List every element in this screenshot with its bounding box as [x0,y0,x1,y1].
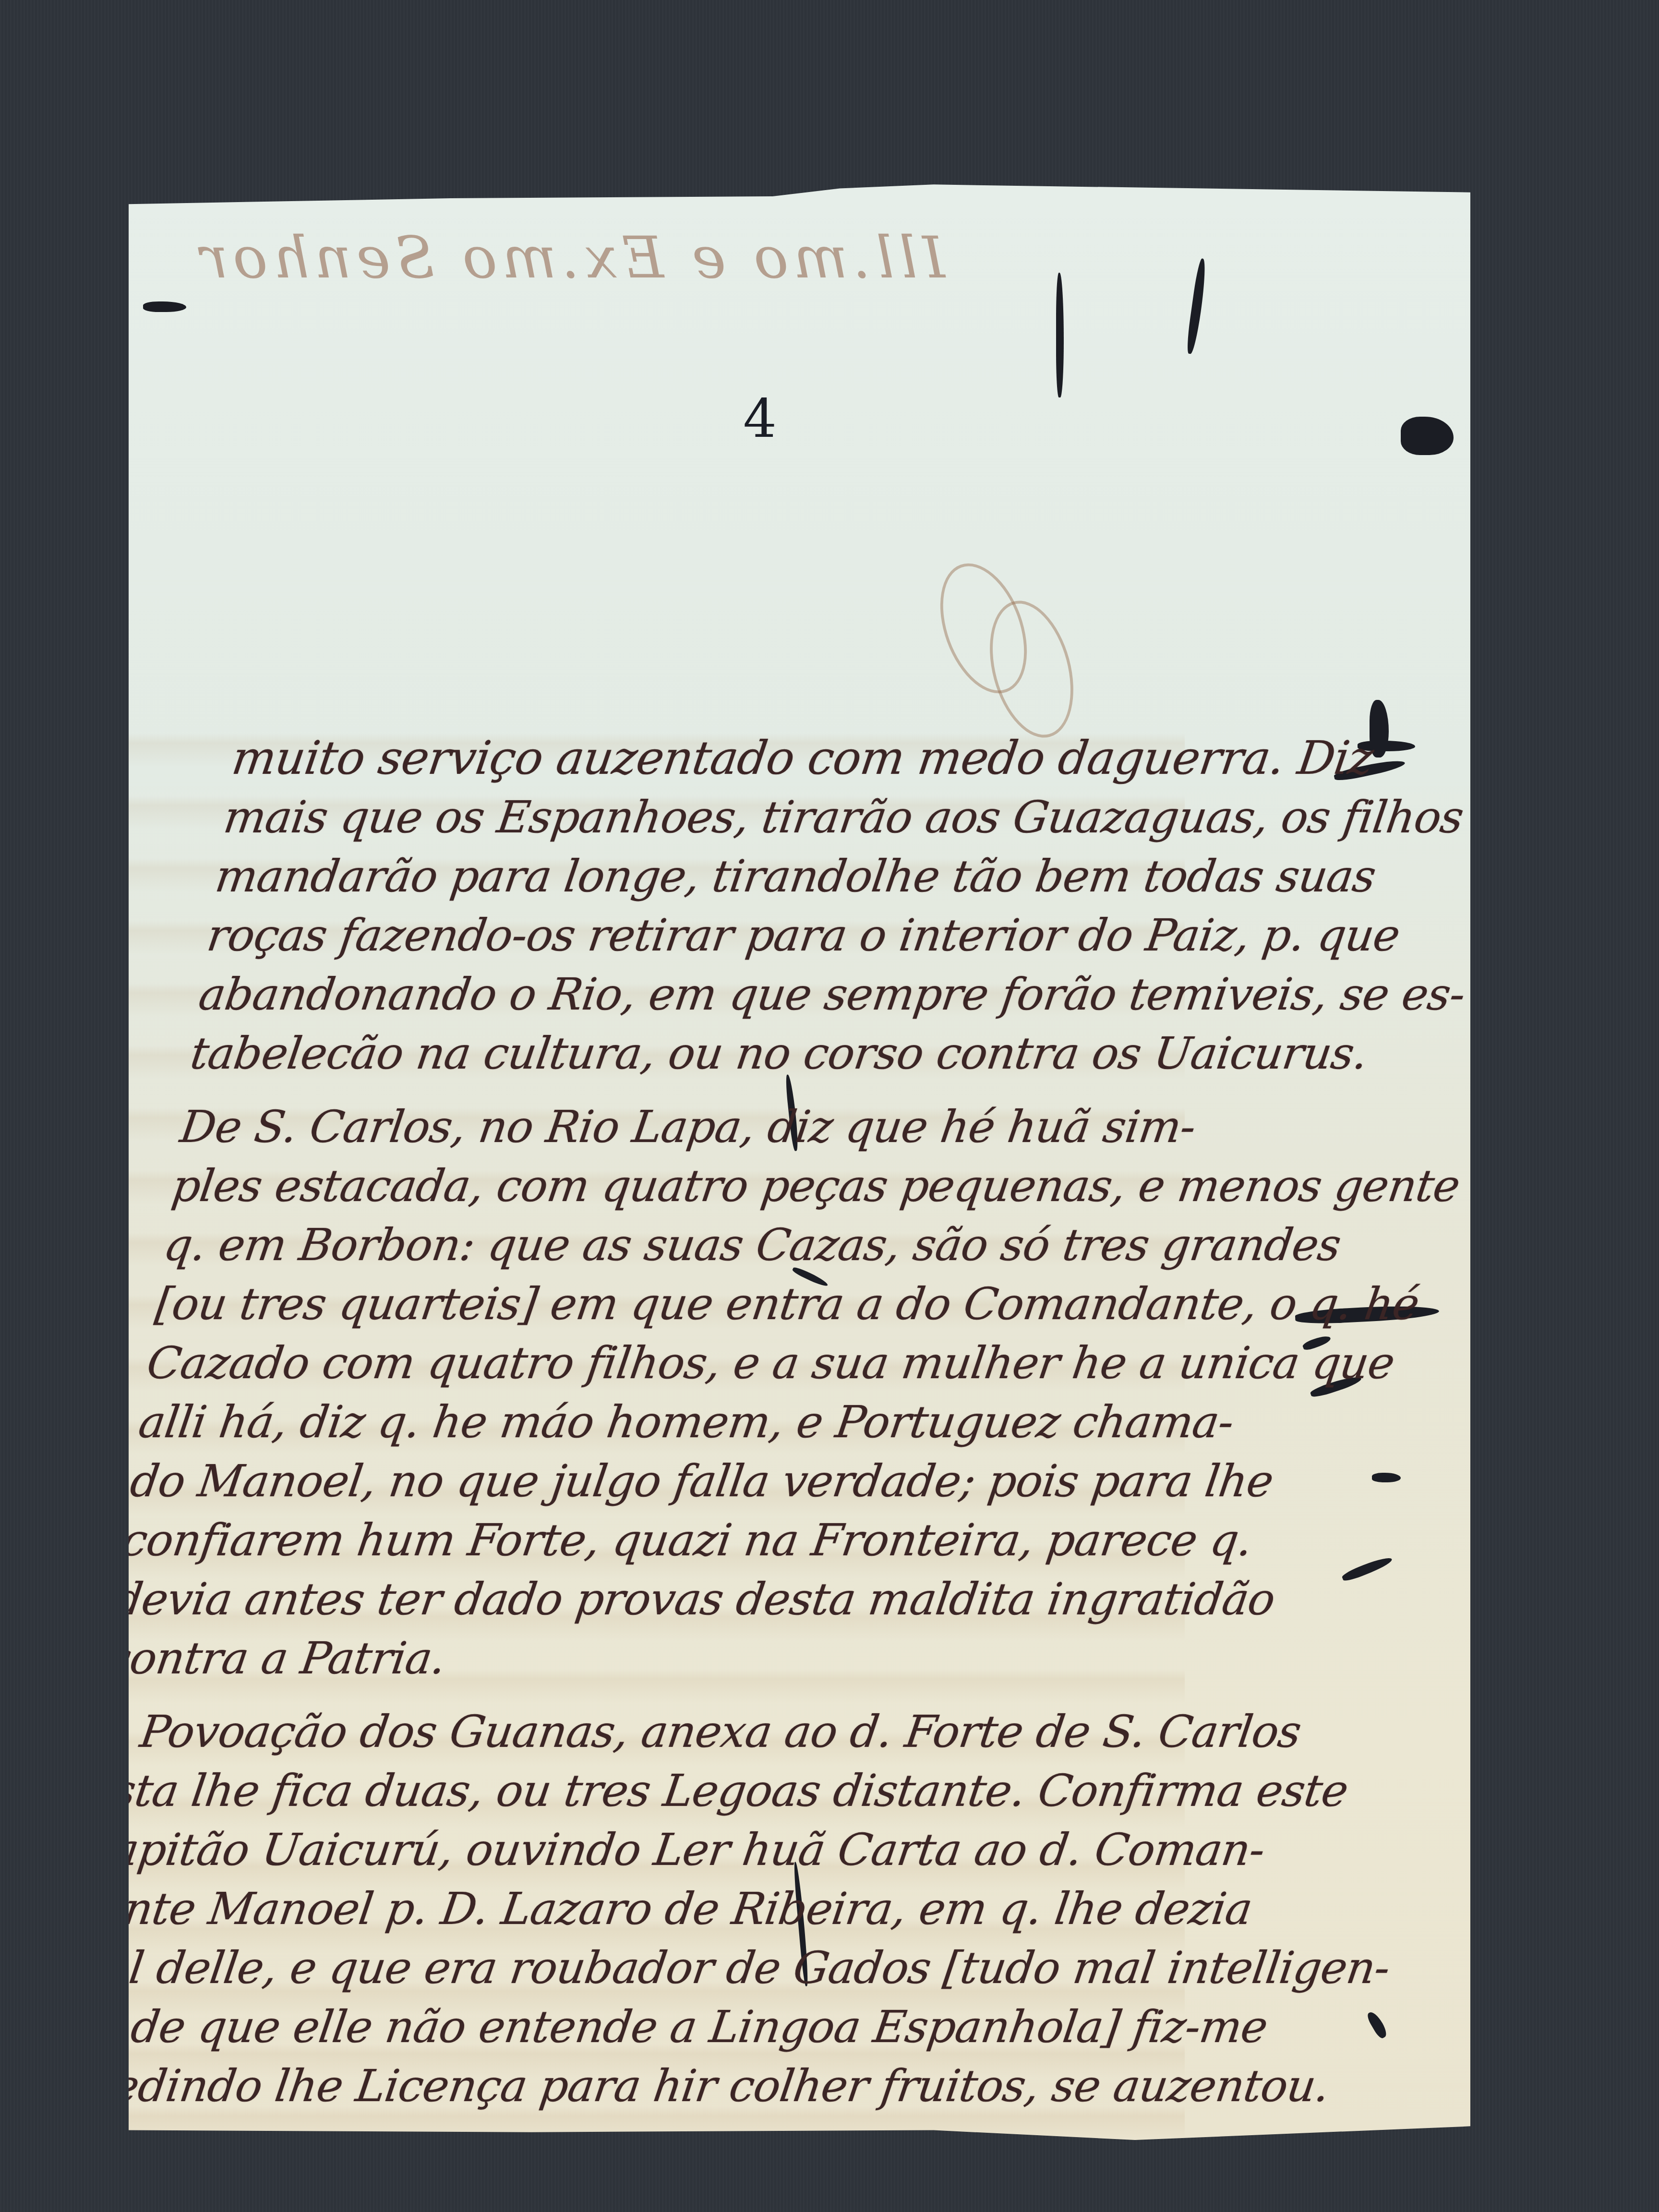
text-line: e pedindo lhe Licença para hir colher fr… [42,2056,1120,2116]
text-line: cia de que elle não entende a Lingoa Esp… [50,1997,1129,2056]
ink-damage-mark [1401,417,1454,455]
text-line: tabelecão na cultura, ou no corso contra… [187,1024,1265,1083]
paragraph-3: A Povoação dos Guanas, anexa ao d. Forte… [42,1702,1170,2116]
ink-damage-mark [1056,273,1064,397]
text-line: mal delle, e que era roubador de Gados [… [59,1938,1137,1997]
text-line: mais que os Espanhoes, tirarão aos Guaza… [220,788,1298,847]
text-line: alli há, diz q. he máo homem, e Portugue… [135,1393,1214,1452]
ink-damage-mark [143,301,186,312]
text-line: roças fazendo-os retirar para o interior… [204,906,1282,965]
text-line: mandarão para longe, tirandolhe tão bem … [212,847,1290,906]
text-line: Cazado com quatro filhos, e a sua mulher… [144,1334,1222,1393]
text-line: abandonando o Rio, em que sempre forão t… [195,965,1274,1024]
manuscript-page: Ill.mo e Ex.mo Senhor 4 muito serviço au… [129,177,1470,2140]
text-line: do Manoel, no que julgo falla verdade; p… [127,1452,1205,1511]
text-line: [ou tres quarteis] em que entra a do Com… [152,1274,1230,1334]
manuscript-body: muito serviço auzentado com medo daguerr… [42,729,1307,2116]
paragraph-1: muito serviço auzentado com medo daguerr… [187,729,1307,1083]
text-line: ples estacada, com quatro peças pequenas… [168,1156,1247,1215]
text-line: De S. Carlos, no Rio Lapa, diz que hé hu… [177,1097,1255,1156]
text-line: esta lhe fica duas, ou tres Legoas dista… [83,1761,1162,1820]
text-line: muito serviço auzentado com medo daguerr… [228,729,1307,788]
text-line: Capitão Uaicurú, ouvindo Ler huã Carta a… [75,1820,1154,1879]
text-line: dante Manoel p. D. Lazaro de Ribeira, em… [67,1879,1145,1938]
text-line: q. em Borbon: que as suas Cazas, são só … [160,1215,1238,1274]
bleedthrough-heading: Ill.mo e Ex.mo Senhor [196,225,945,291]
ink-damage-mark [1341,1554,1393,1583]
folio-number: 4 [743,388,777,449]
paragraph-2: De S. Carlos, no Rio Lapa, diz que hé hu… [102,1097,1255,1688]
ink-damage-mark [1185,258,1208,355]
ink-damage-mark [1372,1473,1401,1482]
ink-damage-mark [1365,2010,1389,2040]
text-line: devia antes ter dado provas desta maldit… [110,1570,1189,1629]
text-line: A Povoação dos Guanas, anexa ao d. Forte… [92,1702,1170,1761]
text-line: confiarem hum Forte, quazi na Fronteira,… [119,1511,1197,1570]
text-line: contra a Patria. [102,1629,1180,1688]
